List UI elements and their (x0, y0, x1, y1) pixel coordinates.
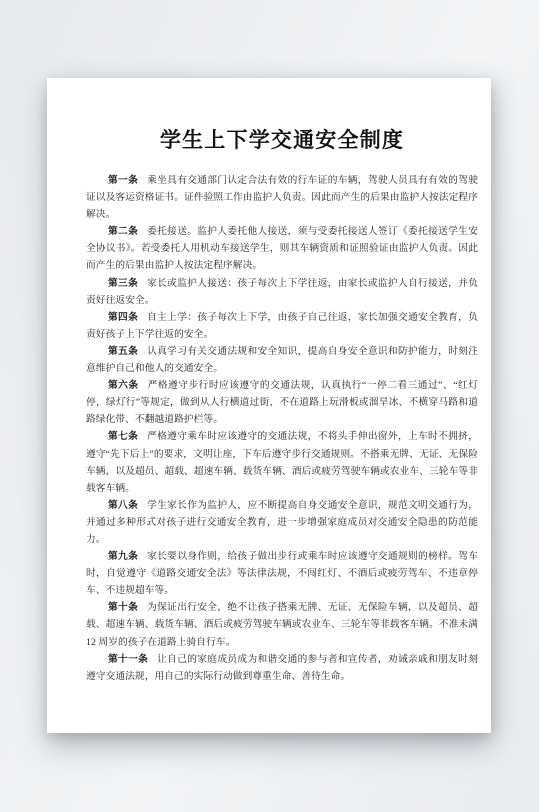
article-text: 认真学习有关交通法规和安全知识，提高自身安全意识和防护能力，时刻注意维护自己和他… (86, 346, 478, 374)
article-paragraph: 第三条家长或监护人接送：孩子每次上下学往返，由家长或监护人自行接送，并负责好往返… (86, 275, 478, 309)
article-paragraph: 第五条认真学习有关交通法规和安全知识，提高自身安全意识和防护能力，时刻注意维护自… (86, 343, 478, 377)
article-text: 家长要以身作则，给孩子做出步行或乘车时应该遵守交通规则的榜样。驾车时，自觉遵守《… (86, 551, 478, 596)
article-text: 家长或监护人接送：孩子每次上下学往返，由家长或监护人自行接送，并负责好往返安全。 (86, 278, 478, 306)
article-paragraph: 第六条严格遵守步行时应该遵守的交通法规，认真执行“一停二看三通过”、“红灯停，绿… (86, 377, 478, 428)
article-number-label: 第七条 (108, 431, 138, 442)
article-number-label: 第一条 (108, 175, 138, 186)
article-paragraph: 第八条学生家长作为监护人，应不断提高自身交通安全意识，规范文明交通行为，并通过多… (86, 497, 478, 548)
article-text: 委托接送。监护人委托他人接送，须与受委托接送人签订《委托接送学生安全协议书》。若… (86, 226, 478, 271)
article-number-label: 第三条 (108, 278, 138, 289)
article-number-label: 第八条 (108, 500, 138, 511)
article-text: 自主上学：孩子每次上下学，由孩子自己往返，家长加强交通安全教育，负责好孩子上下学… (86, 312, 478, 340)
article-text: 为保证出行安全，绝不让孩子搭乘无牌、无证、无保险车辆，以及超员、超载、超速车辆、… (86, 602, 478, 647)
article-paragraph: 第七条严格遵守乘车时应该遵守的交通法规，不将头手伸出窗外，上车时不拥挤，遵守“先… (86, 428, 478, 496)
article-paragraph: 第二条委托接送。监护人委托他人接送，须与受委托接送人签订《委托接送学生安全协议书… (86, 223, 478, 274)
article-text: 严格遵守步行时应该遵守的交通法规，认真执行“一停二看三通过”、“红灯停，绿灯行”… (86, 380, 478, 425)
article-paragraph: 第一条乘坐具有交通部门认定合法有效的行车证的车辆，驾驶人员具有有效的驾驶证以及客… (86, 172, 478, 223)
paper-page: 学生上下学交通安全制度 第一条乘坐具有交通部门认定合法有效的行车证的车辆，驾驶人… (47, 78, 491, 733)
article-paragraph: 第四条自主上学：孩子每次上下学，由孩子自己往返，家长加强交通安全教育，负责好孩子… (86, 309, 478, 343)
document-title: 学生上下学交通安全制度 (86, 125, 478, 156)
article-number-label: 第六条 (108, 380, 139, 391)
article-number-label: 第四条 (108, 312, 138, 323)
article-number-label: 第九条 (108, 551, 138, 562)
article-number-label: 第十条 (108, 602, 138, 613)
article-number-label: 第二条 (108, 226, 138, 237)
article-number-label: 第五条 (108, 346, 138, 357)
article-text: 乘坐具有交通部门认定合法有效的行车证的车辆，驾驶人员具有有效的驾驶证以及客运资格… (86, 175, 478, 220)
article-paragraph: 第十条为保证出行安全，绝不让孩子搭乘无牌、无证、无保险车辆，以及超员、超载、超速… (86, 599, 478, 650)
article-text: 学生家长作为监护人，应不断提高自身交通安全意识，规范文明交通行为，并通过多种形式… (86, 500, 478, 545)
article-paragraph: 第十一条让自己的家庭成员成为和谐交通的参与者和宣传者，劝诫亲戚和朋友时刻遵守交通… (86, 651, 478, 685)
article-paragraph: 第九条家长要以身作则，给孩子做出步行或乘车时应该遵守交通规则的榜样。驾车时，自觉… (86, 548, 478, 599)
page-background: { "page": { "title": "学生上下学交通安全制度", "art… (0, 0, 539, 812)
article-number-label: 第十一条 (108, 654, 148, 665)
article-text: 严格遵守乘车时应该遵守的交通法规，不将头手伸出窗外，上车时不拥挤，遵守“先下后上… (86, 431, 478, 493)
